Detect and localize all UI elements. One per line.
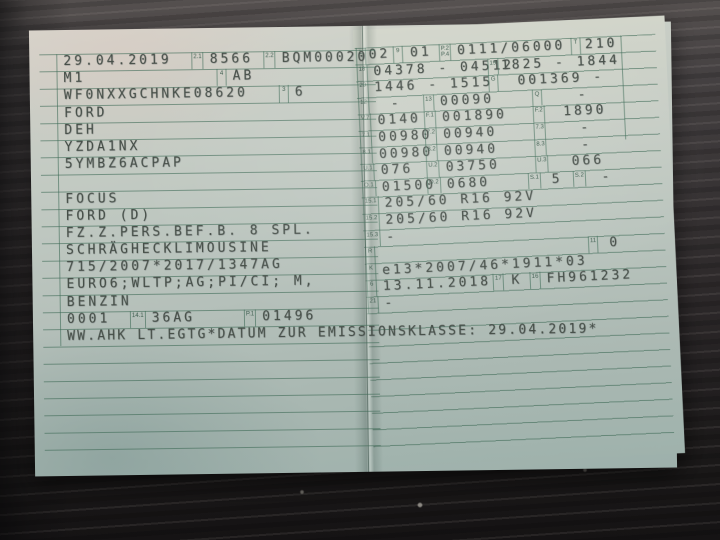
field-cell: 29.04.2019: [56, 52, 191, 71]
left-field-grid: 29.04.20192.185662.2BQM00020M14ABWF0NXXG…: [43, 50, 378, 347]
field-value: 01496: [256, 307, 378, 326]
field-cell: 17K: [493, 272, 531, 290]
field-value: 01: [403, 44, 440, 62]
document-right-half: L02901P.2 P.40111/06000T2101804378 - 045…: [353, 15, 685, 467]
field-value: 0001: [61, 311, 130, 329]
field-code-label: F.2: [534, 106, 546, 123]
right-field-grid: L02901P.2 P.40111/06000T2101804378 - 045…: [356, 36, 634, 314]
field-cell: 2.18566: [191, 51, 263, 69]
field-value: BQM00020: [276, 50, 375, 69]
field-cell: 110: [588, 234, 632, 253]
field-code-label: 3: [280, 85, 289, 102]
field-cell: 0001: [60, 311, 130, 329]
field-value: 6: [289, 84, 375, 102]
field-code-label: 7.2: [425, 127, 437, 144]
field-cell: 4AB: [216, 67, 374, 86]
field-value: 210: [580, 36, 622, 55]
field-cell: M1: [56, 69, 216, 88]
field-cell: 14.136AG: [130, 309, 244, 328]
field-code-label: P.2 P.4: [440, 44, 452, 61]
field-code-label: 14.1: [131, 311, 146, 328]
field-code-label: 8.3: [535, 139, 547, 156]
field-value: 5: [541, 171, 574, 189]
field-value: 36AG: [146, 309, 245, 328]
field-code-label: S.1: [529, 172, 542, 189]
field-cell: 36: [279, 84, 375, 103]
field-value: 29.04.2019: [57, 52, 191, 71]
field-value: 8566: [204, 51, 264, 69]
field-value: K: [503, 272, 530, 290]
field-cell: 2.2BQM00020: [263, 50, 374, 69]
field-code-label: O.2: [428, 177, 441, 194]
field-value: -: [586, 168, 629, 187]
field-code-label: U.2: [427, 160, 440, 177]
field-code-label: 2.2: [264, 51, 276, 68]
field-value: M1: [57, 69, 216, 88]
field-code-label: 4: [217, 69, 226, 86]
field-value: AB: [226, 67, 374, 86]
document-left-half: 29.04.20192.185662.2BQM00020M14ABWF0NXXG…: [43, 40, 381, 469]
field-code-label: P.1: [245, 309, 256, 326]
field-code-label: F.1: [425, 111, 437, 128]
field-code-label: U.3: [536, 155, 549, 172]
photo-background: L02901P.2 P.40111/06000T2101804378 - 045…: [0, 0, 720, 540]
field-code-label: 2.1: [192, 52, 204, 69]
field-code-label: 8.2: [426, 144, 438, 161]
field-code-label: S.2: [574, 170, 587, 187]
field-cell: P.101496: [244, 307, 378, 326]
field-code-label: 7.3: [534, 122, 546, 139]
field-value: 0: [598, 234, 632, 252]
vehicle-registration-document: L02901P.2 P.40111/06000T2101804378 - 045…: [29, 22, 677, 477]
left-row-17: WW.AHK LT.EGTG*DATUM ZUR EMISSIONSKLASSE…: [60, 325, 378, 347]
